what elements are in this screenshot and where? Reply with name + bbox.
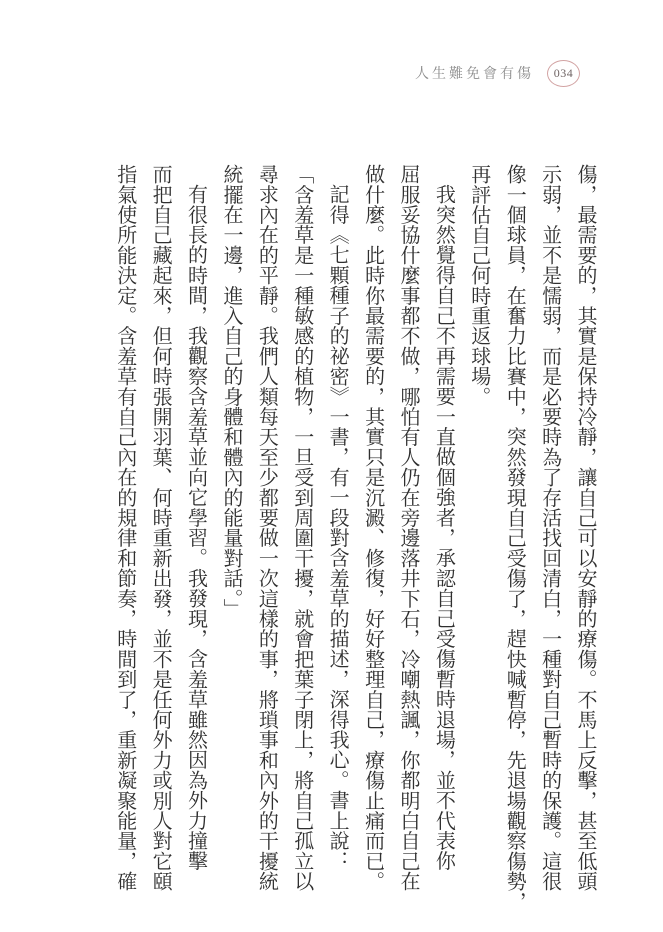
text-column: 指氣使所能決定。含羞草有自己內在的規律和節奏，時間到了，重新凝聚能量，確 (106, 164, 141, 911)
text-column: 尋求內在的平靜。我們人類每天至少都要做一次這樣的事，將瑣事和內外的干擾統 (248, 164, 283, 911)
text-column: 記得《七顆種子的祕密》一書，有一段對含羞草的描述，深得我心。書上說： (319, 164, 354, 911)
page-number-badge: 034 (547, 60, 580, 87)
text-column: 屈服妥協什麼事都不做，哪怕有人仍在旁邊落井下石，冷嘲熱諷，你都明白自己在 (390, 164, 425, 911)
text-column: 再評估自己何時重返球場。 (460, 164, 495, 911)
text-column: 傷，最需要的，其實是保持冷靜，讓自己可以安靜的療傷。不馬上反擊，甚至低頭 (567, 164, 602, 911)
text-column: 我突然覺得自己不再需要一直做個強者，承認自己受傷暫時退場，並不代表你 (425, 164, 460, 911)
text-column: 而把自己藏起來，但何時張開羽葉、何時重新出發，並不是任何外力或別人對它頤 (142, 164, 177, 911)
book-page: 人生難免會有傷 034 傷，最需要的，其實是保持冷靜，讓自己可以安靜的療傷。不馬… (0, 0, 663, 932)
running-title: 人生難免會有傷 (415, 63, 534, 83)
body-text: 傷，最需要的，其實是保持冷靜，讓自己可以安靜的療傷。不馬上反擊，甚至低頭示弱，並… (106, 164, 602, 911)
text-column: 像一個球員，在奮力比賽中，突然發現自己受傷了，趕快喊暫停，先退場觀察傷勢， (496, 164, 531, 911)
text-column: 「含羞草是一種敏感的植物，一旦受到周圍干擾，就會把葉子閉上，將自己孤立以 (283, 164, 318, 911)
text-column: 有很長的時間，我觀察含羞草並向它學習。我發現，含羞草雖然因為外力撞擊 (177, 164, 212, 911)
page-header: 人生難免會有傷 034 (415, 57, 580, 89)
text-column: 統擺在一邊，進入自己的身體和體內的能量對話。」 (213, 164, 248, 911)
text-column: 示弱，並不是懦弱，而是必要時為了存活找回清白，一種對自己暫時的保護。這很 (531, 164, 566, 911)
text-column: 做什麼。此時你最需要的，其實只是沉澱、修復，好好整理自己，療傷止痛而已。 (354, 164, 389, 911)
